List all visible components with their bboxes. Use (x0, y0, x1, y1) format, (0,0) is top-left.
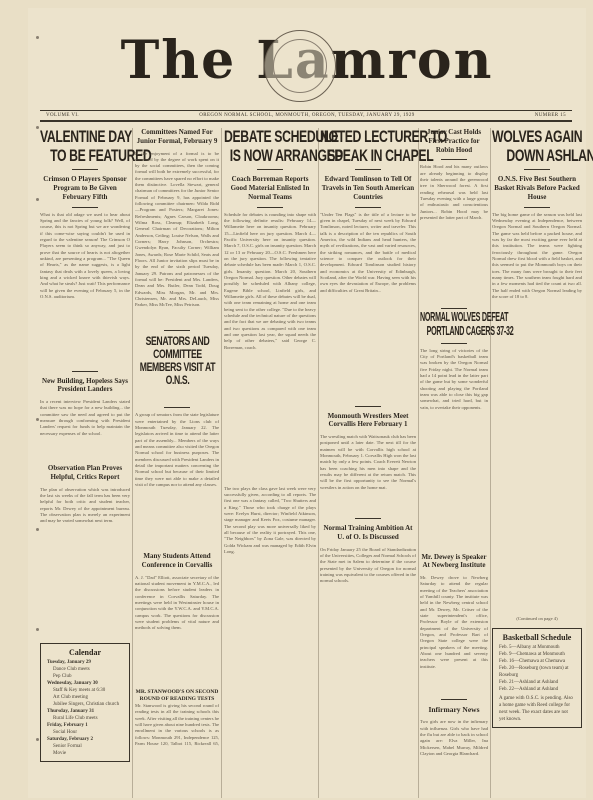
dewey-headline: Mr. Dewey is Speaker At Newberg Institut… (420, 553, 488, 571)
column-rule (132, 128, 133, 798)
valentine-body: What is that old adage we used to hear a… (40, 212, 130, 367)
wolves-headline-2: Down Ashland (492, 147, 557, 166)
column-6: Wolves Again Down Ashland O.N.S. Five Be… (492, 128, 582, 734)
issue-number: Number 15 (535, 113, 566, 118)
calendar-title: Calendar (47, 648, 123, 657)
calendar-event: Pep Club (47, 673, 123, 680)
calendar-list: Tuesday, January 29Dance Club meetsPep C… (47, 659, 123, 757)
senators-headline: Senators and Committee Members Visit at … (135, 335, 195, 388)
senators-body: A group of senators from the state legis… (135, 412, 219, 547)
basketball-schedule-box: Basketball Schedule Feb. 5—Albany at Mon… (492, 628, 582, 728)
column-3: Debate Schedule Is Now Arranged Coach Bo… (224, 128, 316, 730)
observation-body: The plan of observation which was introd… (40, 487, 130, 637)
wolves-subhead: O.N.S. Five Best Southern Basket Rivals … (492, 175, 582, 201)
committees-body: If the enjoyment of a formal is to be me… (135, 151, 219, 326)
newspaper-page: The Lamron Volume VI. Oregon Normal Scho… (28, 8, 586, 798)
valentine-subhead: Crimson O Players Sponsor Program to Be … (40, 175, 130, 201)
lecturer-headline-1: Noted Lecturer To (320, 128, 389, 147)
school-seal-icon (264, 30, 336, 102)
schedule-game: Feb. 21—Ashland at Ashland (499, 679, 575, 686)
portland-headline-2: Portland Cagers 37-32 (420, 324, 457, 338)
column-4: Noted Lecturer To Speak In Chapel Edward… (320, 128, 416, 691)
schedule-game: Feb. 16—Chemawa at Chemawa (499, 658, 575, 665)
calendar-day: Saturday, February 2 (47, 736, 123, 743)
column-rule (318, 128, 319, 798)
column-rule (221, 128, 222, 798)
calendar-day: Friday, February 1 (47, 722, 123, 729)
calendar-event: Art Club meeting (47, 694, 123, 701)
column-2: Committees Named For Junior Formal, Febr… (135, 128, 219, 752)
robin-hood-body: Robin Hood and his many outlaws are alre… (420, 164, 488, 304)
lecturer-subhead: Edward Tomlinson to Tell Of Travels in T… (320, 175, 416, 201)
stanwood-headline: Mr. Stanwood's On Second Round of Readin… (135, 689, 219, 703)
schedule-game: Feb. 20—Roseburg (town team) at Roseburg (499, 665, 575, 679)
dateline-center: Oregon Normal School, Monmouth, Oregon, … (199, 113, 414, 118)
schedule-game: Feb. 5—Albany at Monmouth (499, 644, 575, 651)
valentine-headline-2: To Be Featured (40, 147, 105, 166)
training-body: On Friday January 25 the Board of Standa… (320, 547, 416, 687)
debate-subhead: Coach Borreman Reports Good Material Enl… (224, 175, 316, 201)
valentine-headline-1: Valentine Day (40, 128, 105, 147)
portland-body: The long string of victories of the City… (420, 348, 488, 548)
calendar-box: Calendar Tuesday, January 29Dance Club m… (40, 643, 130, 762)
robin-hood-headline: Junior Cast Holds First Practice for Rob… (420, 128, 488, 154)
new-building-body: In a recent interview President Landers … (40, 399, 130, 459)
debate-headline-2: Is Now Arranged (224, 147, 290, 166)
volume-label: Volume VI. (46, 113, 79, 118)
calendar-event: Dance Club meets (47, 666, 123, 673)
wrestlers-headline: Monmouth Wrestlers Meet Corvallis Here F… (320, 412, 416, 430)
column-5: Junior Cast Holds First Practice for Rob… (420, 128, 488, 313)
dateline: Volume VI. Oregon Normal School, Monmout… (40, 110, 572, 122)
dewey-body: Mr. Dewey drove to Newberg Saturday to a… (420, 575, 488, 695)
calendar-event: Social Hour (47, 729, 123, 736)
continued-note: (Continued on page 4) (492, 616, 582, 622)
portland-headline-1: Normal Wolves Defeat (420, 310, 457, 324)
calendar-day: Tuesday, January 29 (47, 659, 123, 666)
basketball-schedule-title: Basketball Schedule (499, 633, 575, 642)
lecturer-body: "Under Ten Flags" is the title of a lect… (320, 212, 416, 402)
basketball-schedule-note: A game with O.S.C. is pending. Also a ho… (499, 695, 575, 723)
masthead: The Lamron (28, 30, 586, 100)
calendar-day: Thursday, January 31 (47, 708, 123, 715)
debate-body: Schedule for debates is rounding into sh… (224, 212, 316, 482)
stanwood-body: Mr. Stanwood is giving his second round … (135, 703, 219, 748)
calendar-event: Rural Life Club meets (47, 715, 123, 722)
lecturer-headline-2: Speak In Chapel (320, 147, 389, 166)
infirmary-body: Two girls are now in the infirmary with … (420, 719, 488, 759)
column-rule (418, 128, 419, 798)
column-rule (490, 128, 491, 798)
training-headline: Normal Training Ambition At U. of O. Is … (320, 524, 416, 542)
wolves-body: The big home game of the season was held… (492, 212, 582, 612)
infirmary-headline: Infirmary News (420, 705, 488, 714)
calendar-event: Senior Formal (47, 743, 123, 750)
debate-headline-1: Debate Schedule (224, 128, 290, 147)
basketball-schedule-list: Feb. 5—Albany at MonmouthFeb. 9—Chemawa … (499, 644, 575, 693)
calendar-event: Movie (47, 750, 123, 757)
portland-headline-block: Normal Wolves Defeat Portland Cagers 37-… (420, 310, 488, 763)
column-1: Valentine Day To Be Featured Crimson O P… (40, 128, 130, 768)
schedule-game: Feb. 9—Chemawa at Monmouth (499, 651, 575, 658)
observation-headline: Observation Plan Proves Helpful, Critics… (40, 464, 130, 482)
committees-headline: Committees Named For Junior Formal, Febr… (135, 128, 219, 146)
conference-headline: Many Students Attend Conference in Corva… (135, 552, 219, 570)
calendar-event: Jubilee Singers, Christian church (47, 701, 123, 708)
conference-body: A. J. "Dad" Elliott, associate secretary… (135, 575, 219, 685)
calendar-day: Wednesday, January 30 (47, 680, 123, 687)
calendar-event: Staff & Key meets at 6:30 (47, 687, 123, 694)
dramatics-body: The two plays the class gave last week w… (224, 486, 316, 726)
new-building-headline: New Building, Hopeless Says President La… (40, 377, 130, 395)
schedule-game: Feb. 22—Ashland at Ashland (499, 686, 575, 693)
wrestlers-body: The wrestling match with Waitsonauk club… (320, 434, 416, 514)
wolves-headline-1: Wolves Again (492, 128, 557, 147)
